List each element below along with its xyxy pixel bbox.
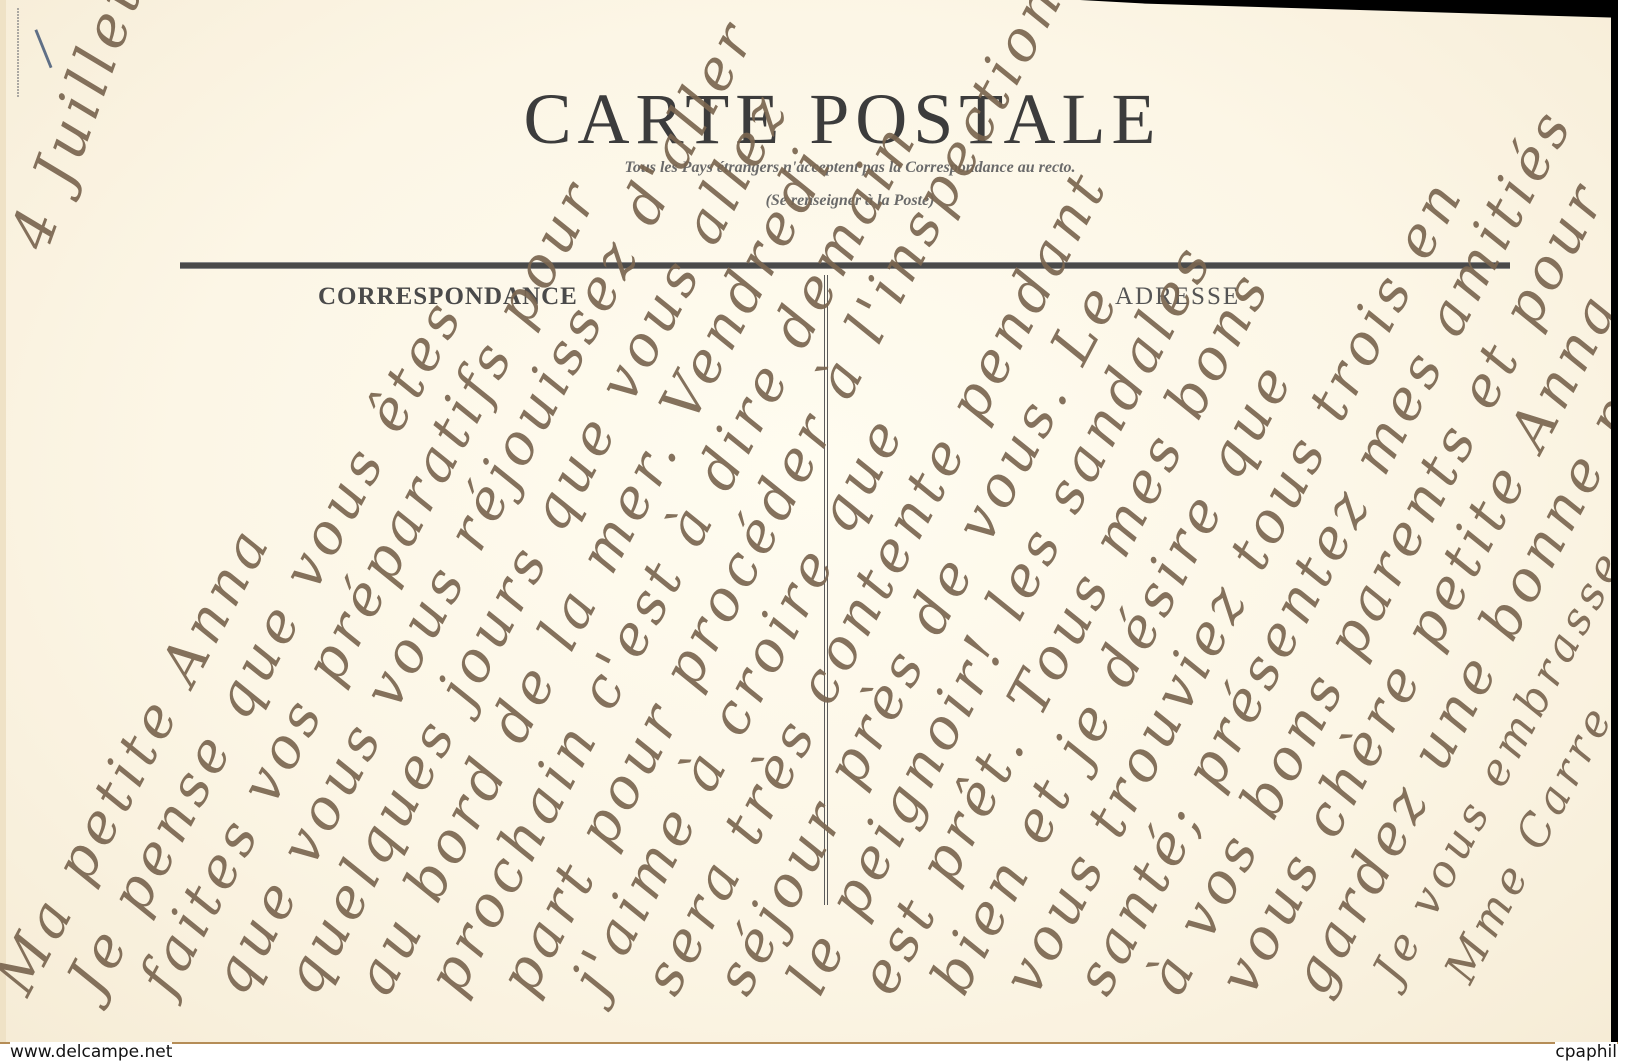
postcard: I CARTE POSTALE Tous les Pays étrangers … bbox=[0, 0, 1618, 1044]
scan-edge-top bbox=[1080, 0, 1618, 18]
printer-mark bbox=[17, 8, 19, 98]
scan-edge-right bbox=[1611, 0, 1618, 1042]
watermark-cpaphil: cpaphil bbox=[1555, 1042, 1617, 1062]
card-edge-left bbox=[0, 0, 6, 1042]
watermark-delcampe: www.delcampe.net bbox=[10, 1042, 172, 1062]
postcard-title: CARTE POSTALE bbox=[25, 78, 1618, 161]
